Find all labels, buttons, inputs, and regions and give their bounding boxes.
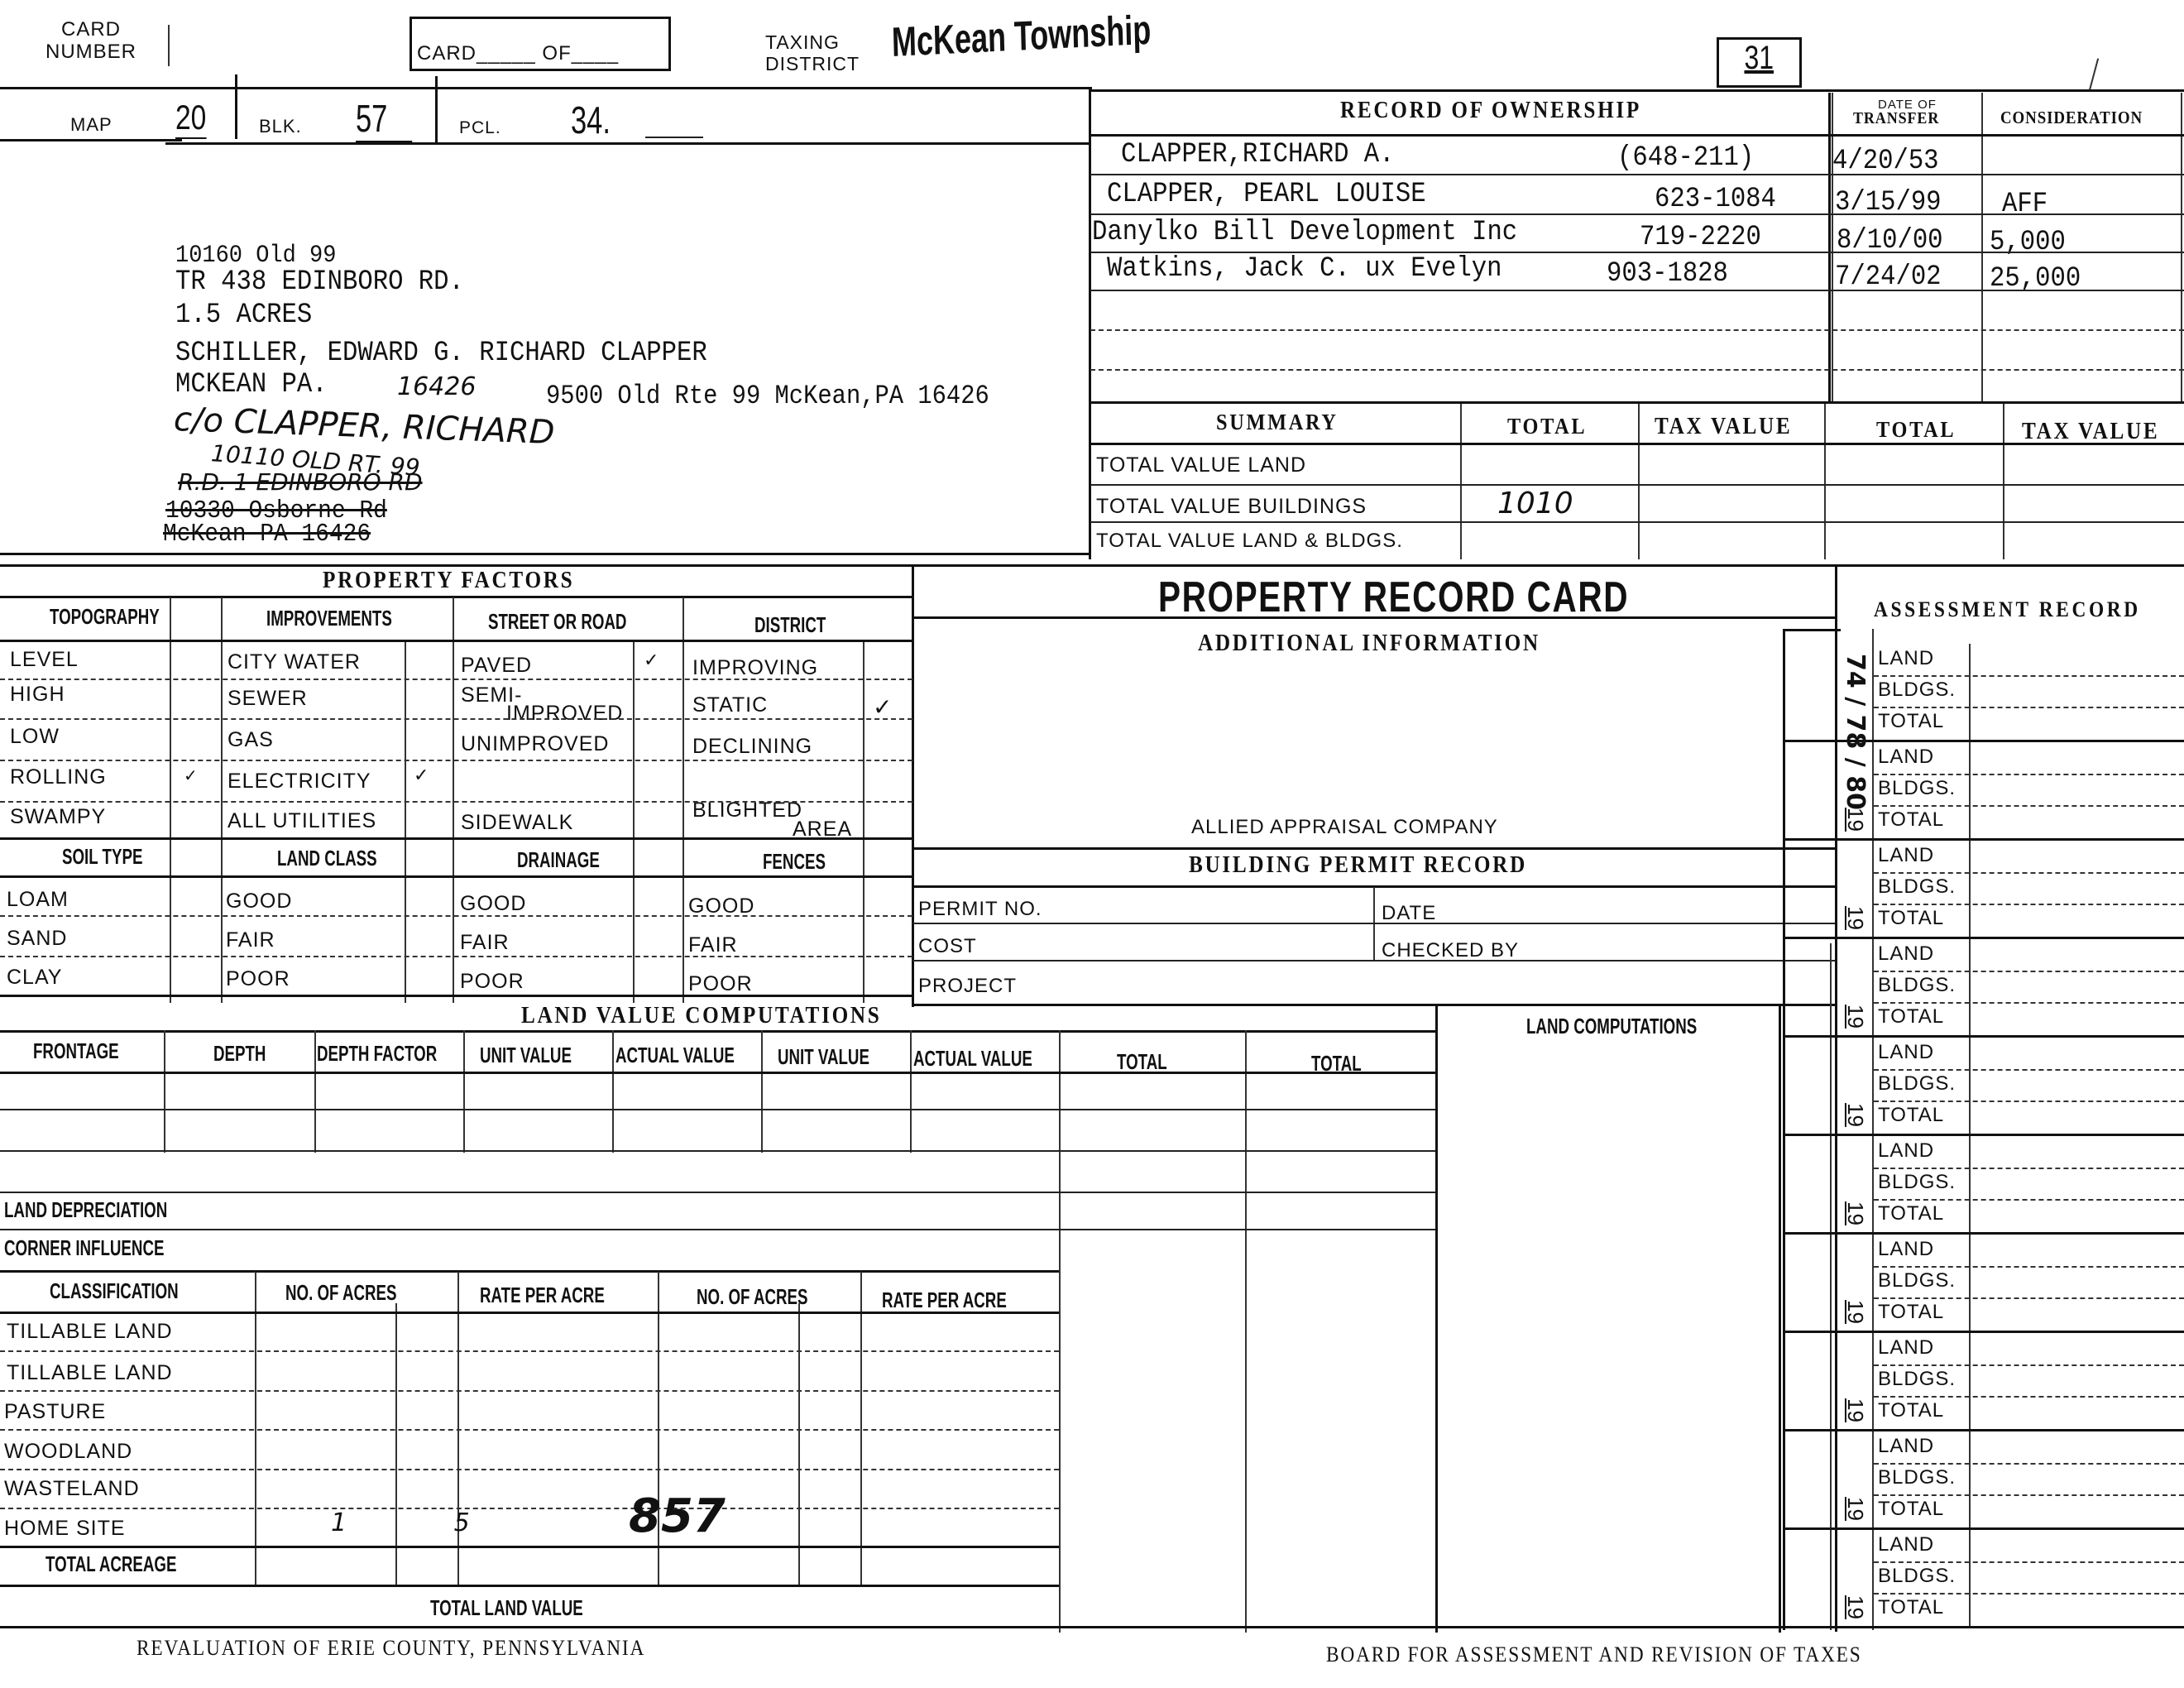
- assessment-year-prefix: 19: [1842, 1595, 1868, 1619]
- assessment-bldgs-label: BLDGS.: [1878, 1269, 1956, 1292]
- assessment-year-prefix: 19: [1842, 1497, 1868, 1521]
- street-unimproved[interactable]: UNIMPROVED: [461, 732, 609, 756]
- summary-col-total-2: TOTAL: [1876, 417, 1956, 443]
- assessment-land-label: LAND: [1878, 1041, 1934, 1064]
- assessment-bldgs-label: BLDGS.: [1878, 1565, 1956, 1588]
- assessment-title: ASSESSMENT RECORD: [1874, 597, 2141, 622]
- date-transfer-label: TRANSFER: [1853, 109, 1939, 128]
- class-row-tillable-2: TILLABLE LAND: [7, 1361, 173, 1385]
- fences-fair[interactable]: FAIR: [688, 933, 738, 957]
- map-label: MAP: [70, 114, 113, 136]
- summary-col-tax-2: TAX VALUE: [2022, 419, 2159, 445]
- address-city: MCKEAN PA.: [175, 369, 328, 400]
- col-unit-value-2: UNIT VALUE: [778, 1044, 869, 1070]
- assessment-bldgs-label: BLDGS.: [1878, 1466, 1956, 1489]
- street-paved[interactable]: PAVED: [461, 654, 532, 678]
- permit-cost-field[interactable]: COST: [918, 935, 977, 958]
- assessment-values-field[interactable]: [1971, 1235, 2182, 1330]
- district-header: DISTRICT: [754, 612, 826, 638]
- summary-title: SUMMARY: [1216, 410, 1339, 435]
- footer-right: BOARD FOR ASSESSMENT AND REVISION OF TAX…: [1326, 1642, 1862, 1667]
- assessment-total-label: TOTAL: [1878, 1005, 1944, 1029]
- property-factors-title: PROPERTY FACTORS: [323, 568, 574, 594]
- assessment-values-field[interactable]: [1971, 1136, 2182, 1231]
- topography-header: TOPOGRAPHY: [50, 604, 160, 630]
- improvement-city-water[interactable]: CITY WATER: [227, 650, 361, 674]
- total-acreage-label: TOTAL ACREAGE: [45, 1551, 176, 1577]
- class-row-pasture: PASTURE: [4, 1400, 106, 1424]
- blk-value: 57: [356, 96, 412, 142]
- class-row-home-site: HOME SITE: [4, 1517, 126, 1541]
- topography-rolling[interactable]: ROLLING: [10, 765, 107, 789]
- assessment-values-field[interactable]: [1971, 939, 2182, 1034]
- col-actual-value-2: ACTUAL VALUE: [913, 1046, 1032, 1072]
- assessment-bldgs-label: BLDGS.: [1878, 875, 1956, 899]
- land-class-good[interactable]: GOOD: [226, 890, 292, 914]
- assessment-total-label: TOTAL: [1878, 710, 1944, 733]
- district-static[interactable]: STATIC: [692, 693, 768, 717]
- col-no-acres-2: NO. OF ACRES: [697, 1284, 808, 1310]
- assessment-land-label: LAND: [1878, 844, 1934, 867]
- class-row-tillable-1: TILLABLE LAND: [7, 1320, 173, 1344]
- assessment-bldgs-label: BLDGS.: [1878, 1368, 1956, 1391]
- home-site-value: 857: [629, 1489, 726, 1543]
- summary-col-total: TOTAL: [1507, 414, 1587, 439]
- col-actual-value: ACTUAL VALUE: [615, 1043, 735, 1068]
- drainage-good[interactable]: GOOD: [460, 892, 526, 916]
- assessment-land-label: LAND: [1878, 647, 1934, 670]
- summary-col-tax: TAX VALUE: [1655, 414, 1792, 440]
- blk-label: BLK.: [259, 116, 302, 137]
- corner-influence-label: CORNER INFLUENCE: [4, 1235, 164, 1261]
- soil-clay[interactable]: CLAY: [7, 966, 62, 990]
- stamp-number: 31: [1745, 40, 1774, 77]
- assessment-total-label: TOTAL: [1878, 1301, 1944, 1324]
- improvement-electricity[interactable]: ELECTRICITY: [227, 770, 371, 794]
- land-class-header: LAND CLASS: [277, 846, 377, 871]
- col-depth-factor: DEPTH FACTOR: [317, 1041, 437, 1067]
- address-struck-line2: McKean PA 16426: [163, 520, 371, 549]
- assessment-values-field[interactable]: [1971, 841, 2182, 936]
- card-number-label: CARD NUMBER: [33, 18, 149, 63]
- drainage-header: DRAINAGE: [517, 847, 600, 873]
- address-line: 1.5 ACRES: [175, 300, 312, 331]
- topography-high[interactable]: HIGH: [10, 683, 65, 707]
- improvement-sewer[interactable]: SEWER: [227, 687, 308, 711]
- district-improving[interactable]: IMPROVING: [692, 656, 818, 680]
- pcl-label: PCL.: [459, 118, 501, 138]
- rolling-check-icon: ✓: [184, 765, 198, 785]
- permit-checked-by-field[interactable]: CHECKED BY: [1382, 939, 1519, 962]
- improvements-header: IMPROVEMENTS: [266, 606, 392, 631]
- col-depth: DEPTH: [213, 1041, 266, 1067]
- assessment-year-prefix: 19: [1842, 1398, 1868, 1422]
- assessment-bldgs-label: BLDGS.: [1878, 1072, 1956, 1096]
- card-of-box[interactable]: CARD_____ OF____: [409, 17, 671, 71]
- assessment-land-label: LAND: [1878, 1336, 1934, 1360]
- assessment-total-label: TOTAL: [1878, 1104, 1944, 1127]
- assessment-total-label: TOTAL: [1878, 1202, 1944, 1225]
- assessment-land-label: LAND: [1878, 942, 1934, 966]
- soil-sand[interactable]: SAND: [7, 927, 67, 951]
- home-site-acres: 1 5: [331, 1508, 520, 1537]
- assessment-values-field[interactable]: [1971, 1530, 2182, 1625]
- assessment-values-field[interactable]: [1971, 1431, 2182, 1527]
- assessment-year-prefix: 19: [1842, 1201, 1868, 1225]
- fences-header: FENCES: [763, 849, 826, 875]
- permit-project-field[interactable]: PROJECT: [918, 975, 1017, 998]
- land-value-title: LAND VALUE COMPUTATIONS: [521, 1003, 881, 1029]
- col-classification: CLASSIFICATION: [50, 1278, 179, 1304]
- assessment-year-prefix: 19: [1842, 1300, 1868, 1324]
- col-rate-per-acre: RATE PER ACRE: [480, 1283, 605, 1308]
- land-class-poor[interactable]: POOR: [226, 967, 290, 991]
- address-zip-handwritten: 16426: [397, 372, 476, 401]
- improvement-all-utilities[interactable]: ALL UTILITIES: [227, 809, 376, 833]
- land-class-fair[interactable]: FAIR: [226, 928, 275, 952]
- assessment-year-stamp: 74 / 78 / 80: [1841, 654, 1870, 810]
- address-new-mailing: 9500 Old Rte 99 McKean,PA 16426: [546, 381, 989, 411]
- permit-no-field[interactable]: PERMIT NO.: [918, 898, 1042, 921]
- summary-row-label: TOTAL VALUE BUILDINGS: [1096, 495, 1367, 519]
- col-no-acres: NO. OF ACRES: [285, 1280, 397, 1306]
- assessment-land-label: LAND: [1878, 1533, 1934, 1556]
- assessment-total-label: TOTAL: [1878, 907, 1944, 930]
- pcl-value: 34.: [571, 98, 611, 142]
- consideration-label: CONSIDERATION: [2000, 108, 2143, 128]
- paved-check-icon: ✓: [644, 650, 659, 671]
- assessment-bldgs-label: BLDGS.: [1878, 679, 1956, 702]
- total-land-value-label: TOTAL LAND VALUE: [430, 1595, 583, 1621]
- additional-info-title: ADDITIONAL INFORMATION: [1198, 631, 1540, 657]
- improvement-gas[interactable]: GAS: [227, 728, 274, 752]
- taxing-district-label: TAXING DISTRICT: [765, 31, 881, 74]
- street-sidewalk[interactable]: SIDEWALK: [461, 811, 573, 835]
- footer-left: REVALUATION OF ERIE COUNTY, PENNSYLVANIA: [136, 1636, 645, 1661]
- assessment-bldgs-label: BLDGS.: [1878, 777, 1956, 800]
- address-line: SCHILLER, EDWARD G. RICHARD CLAPPER: [175, 338, 707, 369]
- land-computations-title: LAND COMPUTATIONS: [1526, 1014, 1697, 1039]
- assessment-year-prefix: 19: [1842, 808, 1868, 832]
- assessment-year-prefix: 19: [1842, 1005, 1868, 1029]
- taxing-district-value: McKean Township: [891, 6, 1152, 66]
- stamp-number-box: 31: [1717, 37, 1802, 88]
- class-row-woodland: WOODLAND: [4, 1440, 132, 1464]
- card-of-label: CARD_____ OF____: [417, 42, 619, 65]
- land-depreciation-label: LAND DEPRECIATION: [4, 1197, 167, 1223]
- assessment-year-prefix: 19: [1842, 906, 1868, 930]
- electricity-check-icon: ✓: [414, 765, 429, 786]
- assessment-year-prefix: 19: [1842, 1103, 1868, 1127]
- soil-loam[interactable]: LOAM: [7, 888, 69, 912]
- map-value: 20: [175, 98, 206, 139]
- street-header: STREET OR ROAD: [488, 609, 626, 635]
- topography-swampy[interactable]: SWAMPY: [10, 805, 106, 829]
- record-card-title: PROPERTY RECORD CARD: [1158, 573, 1629, 622]
- static-check-icon: ✓: [873, 693, 892, 721]
- topography-level[interactable]: LEVEL: [10, 648, 79, 672]
- assessment-land-label: LAND: [1878, 1238, 1934, 1261]
- address-struck-rd: R.D. 1 EDINBORO RD: [178, 468, 423, 496]
- assessment-values-field[interactable]: [1971, 1038, 2182, 1133]
- assessment-total-label: TOTAL: [1878, 1399, 1944, 1422]
- topography-low[interactable]: LOW: [10, 725, 60, 749]
- drainage-poor[interactable]: POOR: [460, 970, 524, 994]
- address-line: TR 438 EDINBORO RD.: [175, 266, 464, 298]
- street-improved[interactable]: IMPROVED: [506, 702, 623, 726]
- assessment-bldgs-label: BLDGS.: [1878, 974, 1956, 997]
- summary-row-label: TOTAL VALUE LAND & BLDGS.: [1096, 530, 1403, 553]
- assessment-bldgs-label: BLDGS.: [1878, 1171, 1956, 1194]
- col-frontage: FRONTAGE: [33, 1038, 119, 1064]
- district-declining[interactable]: DECLINING: [692, 735, 812, 759]
- appraisal-company: ALLIED APPRAISAL COMPANY: [1191, 816, 1498, 839]
- address-line: 10160 Old 99: [175, 242, 336, 270]
- building-permit-title: BUILDING PERMIT RECORD: [1189, 852, 1527, 879]
- col-rate-per-acre-2: RATE PER ACRE: [882, 1288, 1007, 1313]
- ownership-title: RECORD OF OWNERSHIP: [1340, 98, 1641, 124]
- assessment-land-label: LAND: [1878, 1435, 1934, 1458]
- soil-header: SOIL TYPE: [62, 844, 142, 870]
- assessment-land-label: LAND: [1878, 746, 1934, 769]
- assessment-total-label: TOTAL: [1878, 808, 1944, 832]
- drainage-fair[interactable]: FAIR: [460, 931, 510, 955]
- assessment-land-label: LAND: [1878, 1139, 1934, 1163]
- fences-poor[interactable]: POOR: [688, 972, 753, 996]
- assessment-values-field[interactable]: [1971, 742, 2182, 837]
- summary-buildings-total: 1010: [1497, 487, 1573, 520]
- col-unit-value: UNIT VALUE: [480, 1043, 572, 1068]
- assessment-total-label: TOTAL: [1878, 1498, 1944, 1521]
- assessment-total-label: TOTAL: [1878, 1596, 1944, 1619]
- permit-date-field[interactable]: DATE: [1382, 902, 1436, 925]
- assessment-values-field[interactable]: [1971, 1333, 2182, 1428]
- summary-row-label: TOTAL VALUE LAND: [1096, 453, 1306, 477]
- class-row-wasteland: WASTELAND: [4, 1477, 140, 1501]
